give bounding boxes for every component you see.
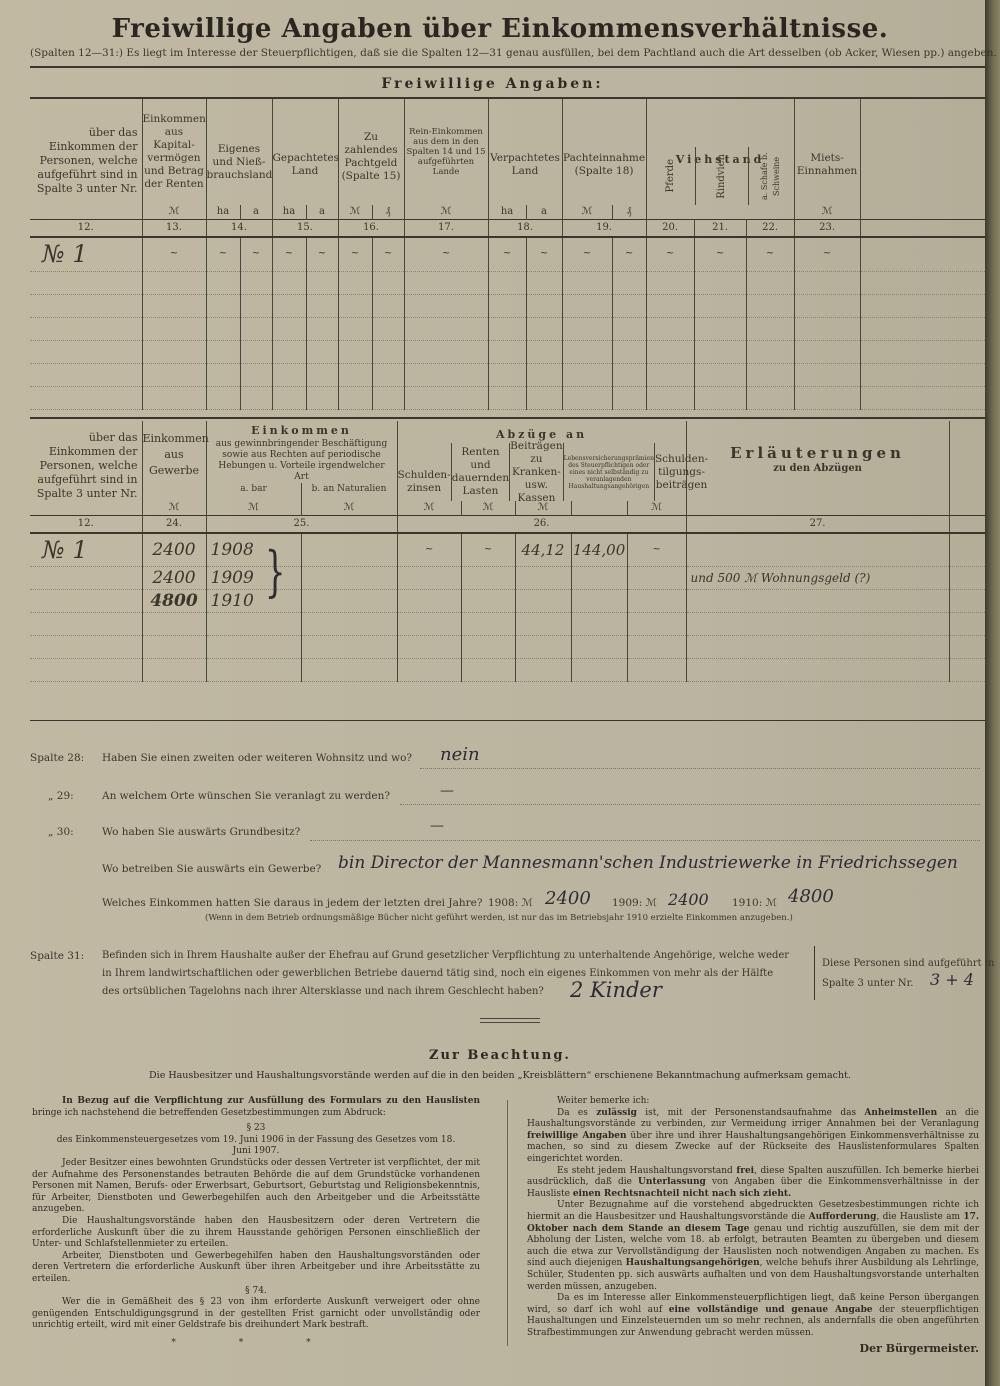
para-23: § 23 (32, 1123, 480, 1135)
cell-lebensversicherung[interactable]: 144,00 (571, 533, 627, 566)
blank-header (860, 99, 985, 205)
col19-header: Pachteinnahme (Spalte 18) (562, 99, 646, 205)
book-spine (985, 0, 1000, 1386)
cell-col15b[interactable]: ~ (306, 237, 338, 271)
unit: ₰ (612, 205, 646, 220)
unit: ℳ (461, 501, 515, 516)
q30c-note: (Wenn in dem Betrieb ordnungsmäßige Büch… (205, 913, 793, 923)
income-table-1: über das Einkommen der Personen, welche … (30, 99, 985, 410)
income-table-2: über das Einkommen der Personen, welche … (30, 421, 985, 682)
q30b-text: Wo betreiben Sie auswärts ein Gewerbe? (102, 863, 321, 875)
cell-col13[interactable]: ~ (142, 237, 206, 271)
unit: ℳ (338, 205, 372, 220)
unit: ha (206, 205, 240, 220)
table-row (30, 294, 985, 317)
cell-col23[interactable]: ~ (794, 237, 860, 271)
right-p4: Da es im Interesse aller Einkommensteuer… (527, 1293, 979, 1339)
left-p2: Die Haushaltungsvorstände haben den Haus… (32, 1216, 480, 1251)
right-p3: Unter Bezugnahme auf die vorstehend abge… (527, 1200, 979, 1293)
col25b-label: b. an Naturalien (301, 483, 397, 501)
left-p3: Arbeiter, Dienstboten und Gewerbegehilfe… (32, 1251, 480, 1286)
unit: ℳ (627, 501, 686, 516)
cell-gewerbe-1908[interactable]: 2400 (142, 533, 206, 566)
t2-col12-header: über das Einkommen der Personen, welche … (30, 421, 142, 501)
cell-tilgung[interactable]: ~ (627, 533, 686, 566)
table-row: 4800 1910 (30, 589, 985, 612)
para-23-sub: des Einkommensteuergesetzes vom 19. Juni… (32, 1135, 480, 1158)
left-lead-bold: In Bezug auf die Verpflichtung zur Ausfü… (62, 1096, 480, 1106)
col27-header: Erläuterungen zu den Abzügen (686, 421, 949, 501)
col26b-label: Renten und dauernden Lasten (451, 443, 509, 501)
para-74: § 74. (32, 1286, 480, 1298)
unit: a (526, 205, 562, 220)
year-1908-value[interactable]: 2400 (545, 888, 591, 909)
page-title: Freiwillige Angaben über Einkommensverhä… (0, 14, 1000, 44)
col13-header: Einkommen aus Kapital-vermögen und Betra… (142, 99, 206, 205)
cell-gewerbe-1909[interactable]: 2400 (142, 566, 206, 589)
col17-header: Rein-Einkommen aus dem in den Spalten 14… (404, 99, 488, 205)
col24-header: Einkommen aus Gewerbe (142, 421, 206, 501)
col-number: 19. (562, 220, 646, 238)
table-row (30, 271, 985, 294)
col27-subtitle: zu den Abzügen (687, 463, 949, 475)
cell-col20[interactable]: ~ (646, 237, 694, 271)
signature: Der Bürgermeister. (527, 1343, 979, 1355)
cell-year-1910[interactable]: 1910 (206, 589, 301, 612)
notice-intro: Die Hausbesitzer und Haushaltungsvorstän… (0, 1070, 1000, 1081)
col20-header: Pferde (665, 159, 677, 192)
q31-label: Spalte 31: (30, 950, 84, 962)
col26-header: Abzüge an Schulden-zinsen Renten und dau… (397, 421, 686, 501)
divider (30, 417, 985, 419)
cell-col19b[interactable]: ~ (612, 237, 646, 271)
year-1910-value[interactable]: 4800 (788, 886, 834, 907)
unit: ℳ (142, 501, 206, 516)
col-number: 12. (30, 220, 142, 238)
col-number: 26. (397, 516, 686, 534)
table-row (30, 317, 985, 340)
cell-col16a[interactable]: ~ (338, 237, 372, 271)
cell-gewerbe-1910[interactable]: 4800 (142, 589, 206, 612)
col-number: 15. (272, 220, 338, 238)
col-number: 14. (206, 220, 272, 238)
unit: a (240, 205, 272, 220)
unit: ℳ (206, 501, 301, 516)
ornament-divider (480, 1018, 540, 1023)
notice-right-column: Weiter bemerke ich: Da es zulässig ist, … (527, 1096, 979, 1355)
col25-desc: aus gewinnbringender Beschäftigung sowie… (211, 439, 393, 483)
q31-line2: in Ihrem landwirtschaftlichen oder gewer… (102, 968, 773, 979)
col26c-label: Beiträgen zu Kranken- usw. Kassen (509, 443, 563, 501)
col-number: 12. (30, 516, 142, 534)
cell-kassen[interactable]: 44,12 (515, 533, 571, 566)
right-p1: Da es zulässig ist, mit der Personenstan… (527, 1108, 979, 1166)
row-number[interactable]: № 1 (30, 237, 142, 271)
q31-side1: Diese Personen sind aufgeführt in (822, 958, 994, 969)
col25-title: Einkommen (211, 425, 393, 437)
col25-header: Einkommen aus gewinnbringender Beschäfti… (206, 421, 397, 501)
col12-header: über das Einkommen der Personen, welche … (30, 99, 142, 205)
q30-answer[interactable]: — (430, 818, 444, 834)
unit: ℳ (562, 205, 612, 220)
col23-header: Miets-Einnahmen (794, 99, 860, 205)
divider (30, 720, 985, 721)
table-row (30, 612, 985, 635)
unit: ha (488, 205, 526, 220)
cell-schuldenzinsen[interactable]: ~ (397, 533, 461, 566)
col26d-label: Lebensversicherungsprämien des Steuerpfl… (563, 443, 654, 501)
cell-col14a[interactable]: ~ (206, 237, 240, 271)
cell-col16b[interactable]: ~ (372, 237, 404, 271)
col-number: 16. (338, 220, 404, 238)
col26e-label: Schulden-tilgungs-beiträgen (654, 443, 708, 501)
col18-header: Verpachtetes Land (488, 99, 562, 205)
cell-col18b[interactable]: ~ (526, 237, 562, 271)
table-row (30, 635, 985, 658)
col27-title: Erläuterungen (687, 447, 949, 459)
table-row: № 1 2400 1908 ~ ~ 44,12 144,00 ~ (30, 533, 985, 566)
q31-line3: des ortsüblichen Tagelohns nach ihrer Al… (102, 986, 544, 997)
q31-side-answer[interactable]: 3 + 4 (930, 970, 974, 989)
col-number: 21. (694, 220, 746, 238)
unit: ℳ (301, 501, 397, 516)
col-number: 27. (686, 516, 949, 534)
unit: ℳ (142, 205, 206, 220)
divider (814, 946, 815, 1000)
unit: ₰ (372, 205, 404, 220)
q29-answer[interactable]: — (440, 783, 454, 799)
q30-label: „ 30: (48, 826, 74, 838)
viehstand-header: Viehstand Pferde Rindvieh a. Schafe b. S… (646, 99, 794, 205)
divider (30, 66, 985, 68)
table-row: 2400 1909 und 500 ℳ Wohnungsgeld (?) (30, 566, 985, 589)
stars-ornament: * * * (32, 1338, 480, 1350)
unit: ha (272, 205, 306, 220)
cell-col21[interactable]: ~ (694, 237, 746, 271)
q31-side2: Spalte 3 unter Nr. (822, 978, 913, 989)
col14-header: Eigenes und Nieß-brauchsland (206, 99, 272, 205)
brace-icon: } (265, 540, 286, 603)
col-number: 18. (488, 220, 562, 238)
notice-left-column: In Bezug auf die Verpflichtung zur Ausfü… (32, 1096, 480, 1349)
col-number: 20. (646, 220, 694, 238)
cell-col14b[interactable]: ~ (240, 237, 272, 271)
col-number: 23. (794, 220, 860, 238)
q28-answer[interactable]: nein (440, 744, 480, 765)
column-divider (507, 1100, 508, 1346)
page-subtitle: (Spalten 12—31:) Es liegt im Interesse d… (30, 47, 997, 59)
left-lead-rest: bringe ich nachstehend die betreffenden … (32, 1108, 386, 1118)
year-1908-label: 1908: ℳ (488, 897, 533, 909)
cell-year-1908[interactable]: 1908 (206, 533, 301, 566)
table-row (30, 340, 985, 363)
col-number: 17. (404, 220, 488, 238)
year-1910-label: 1910: ℳ (732, 897, 777, 909)
left-p4: Wer die in Gemäßheit des § 23 von ihm er… (32, 1297, 480, 1332)
left-p1: Jeder Besitzer eines bewohnten Grundstüc… (32, 1158, 480, 1216)
col25a-label: a. bar (207, 483, 301, 501)
year-1909-value[interactable]: 2400 (668, 890, 709, 909)
cell-col15a[interactable]: ~ (272, 237, 306, 271)
section-title: Freiwillige Angaben: (0, 76, 985, 92)
unit: a (306, 205, 338, 220)
col16-header: Zu zahlendes Pachtgeld (Spalte 15) (338, 99, 404, 205)
col-number: 25. (206, 516, 397, 534)
row-number[interactable]: № 1 (30, 533, 142, 566)
q29-label: „ 29: (48, 790, 74, 802)
col-number: 13. (142, 220, 206, 238)
q30c-text: Welches Einkommen hatten Sie daraus in j… (102, 897, 482, 909)
cell-col18a[interactable]: ~ (488, 237, 526, 271)
col26a-label: Schulden-zinsen (398, 443, 451, 501)
cell-erlaeuterung[interactable]: und 500 ℳ Wohnungsgeld (?) (686, 566, 949, 589)
unit: ℳ (397, 501, 461, 516)
cell-renten[interactable]: ~ (461, 533, 515, 566)
q30-text: Wo haben Sie auswärts Grundbesitz? (102, 826, 300, 838)
q28-text: Haben Sie einen zweiten oder weiteren Wo… (102, 752, 412, 764)
q31-answer[interactable]: 2 Kinder (570, 978, 662, 1002)
year-1909-label: 1909: ℳ (612, 897, 657, 909)
table-row (30, 363, 985, 386)
table-row: № 1 ~ ~ ~ ~ ~ ~ ~ ~ ~ ~ ~ ~ ~ ~ ~ ~ (30, 237, 985, 271)
unit: ℳ (404, 205, 488, 220)
right-p2: Es steht jedem Haushaltungsvorstand frei… (527, 1166, 979, 1201)
table-row (30, 658, 985, 681)
col21-header: Rindvieh (716, 154, 728, 199)
q31-line1: Befinden sich in Ihrem Haushalte außer d… (102, 950, 789, 961)
table-row (30, 386, 985, 409)
cell-col17[interactable]: ~ (404, 237, 488, 271)
col-number: 22. (746, 220, 794, 238)
notice-title: Zur Beachtung. (0, 1048, 1000, 1063)
q30b-answer[interactable]: bin Director der Mannesmann'schen Indust… (338, 853, 958, 873)
col-number: 24. (142, 516, 206, 534)
right-lead: Weiter bemerke ich: (527, 1096, 979, 1108)
col15-header: Gepachtetes Land (272, 99, 338, 205)
col22-header: a. Schafe b. Schweine (759, 147, 783, 205)
unit: ℳ (794, 205, 860, 220)
cell-col22[interactable]: ~ (746, 237, 794, 271)
cell-year-1909[interactable]: 1909 (206, 566, 301, 589)
cell-col19a[interactable]: ~ (562, 237, 612, 271)
q29-text: An welchem Orte wünschen Sie veranlagt z… (102, 790, 390, 802)
q28-label: Spalte 28: (30, 752, 84, 764)
